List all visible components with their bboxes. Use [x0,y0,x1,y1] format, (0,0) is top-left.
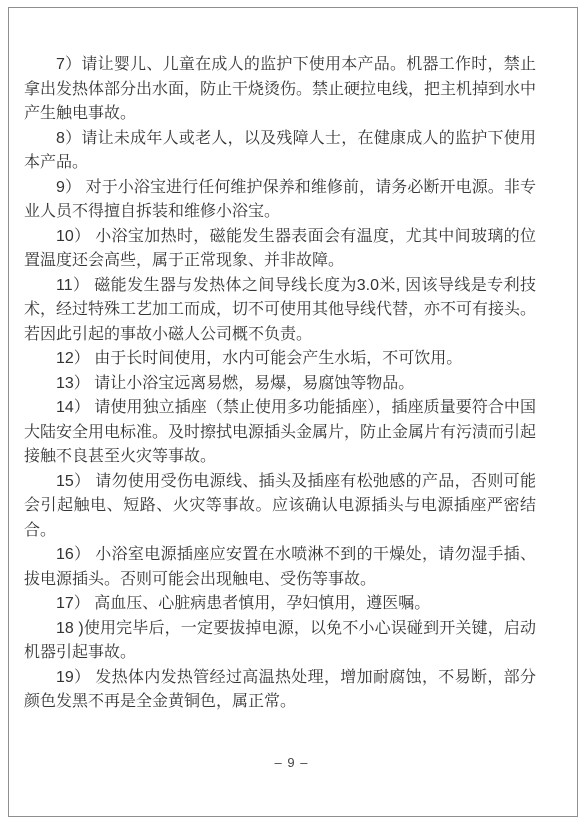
paragraph-item-18: 18 )使用完毕后，一定要拔掉电源，以免不小心误碰到开关键，启动机器引起事故。 [24,617,536,666]
paragraph-item-9: 9） 对于小浴宝进行任何维护保养和维修前，请务必断开电源。非专业人员不得擅自拆装… [24,176,536,225]
manual-text-block: 7）请让婴儿、儿童在成人的监护下使用本产品。机器工作时，禁止拿出发热体部分出水面… [24,53,536,715]
paragraph-item-15: 15） 请勿使用受伤电源线、插头及插座有松弛感的产品，否则可能会引起触电、短路、… [24,470,536,544]
paragraph-item-10: 10） 小浴宝加热时，磁能发生器表面会有温度，尤其中间玻璃的位置温度还会高些，属… [24,225,536,274]
paragraph-item-7: 7）请让婴儿、儿童在成人的监护下使用本产品。机器工作时，禁止拿出发热体部分出水面… [24,53,536,127]
paragraph-item-8: 8）请让未成年人或老人，以及残障人士，在健康成人的监护下使用本产品。 [24,127,536,176]
page-number: – 9 – [0,755,583,770]
paragraph-item-19: 19） 发热体内发热管经过高温热处理，增加耐腐蚀，不易断，部分颜色发黑不再是全金… [24,666,536,715]
paragraph-item-17: 17） 高血压、心脏病患者慎用，孕妇慎用，遵医嘱。 [24,592,536,617]
paragraph-item-16: 16） 小浴室电源插座应安置在水喷淋不到的干燥处，请勿湿手插、拔电源插头。否则可… [24,543,536,592]
paragraph-item-12: 12） 由于长时间使用，水内可能会产生水垢，不可饮用。 [24,347,536,372]
paragraph-item-14: 14） 请使用独立插座（禁止使用多功能插座），插座质量要符合中国大陆安全用电标准… [24,396,536,470]
document-page: 7）请让婴儿、儿童在成人的监护下使用本产品。机器工作时，禁止拿出发热体部分出水面… [0,0,583,825]
paragraph-item-11: 11） 磁能发生器与发热体之间导线长度为3.0米, 因该导线是专利技术，经过特殊… [24,274,536,348]
paragraph-item-13: 13） 请让小浴宝远离易燃，易爆，易腐蚀等物品。 [24,372,536,397]
